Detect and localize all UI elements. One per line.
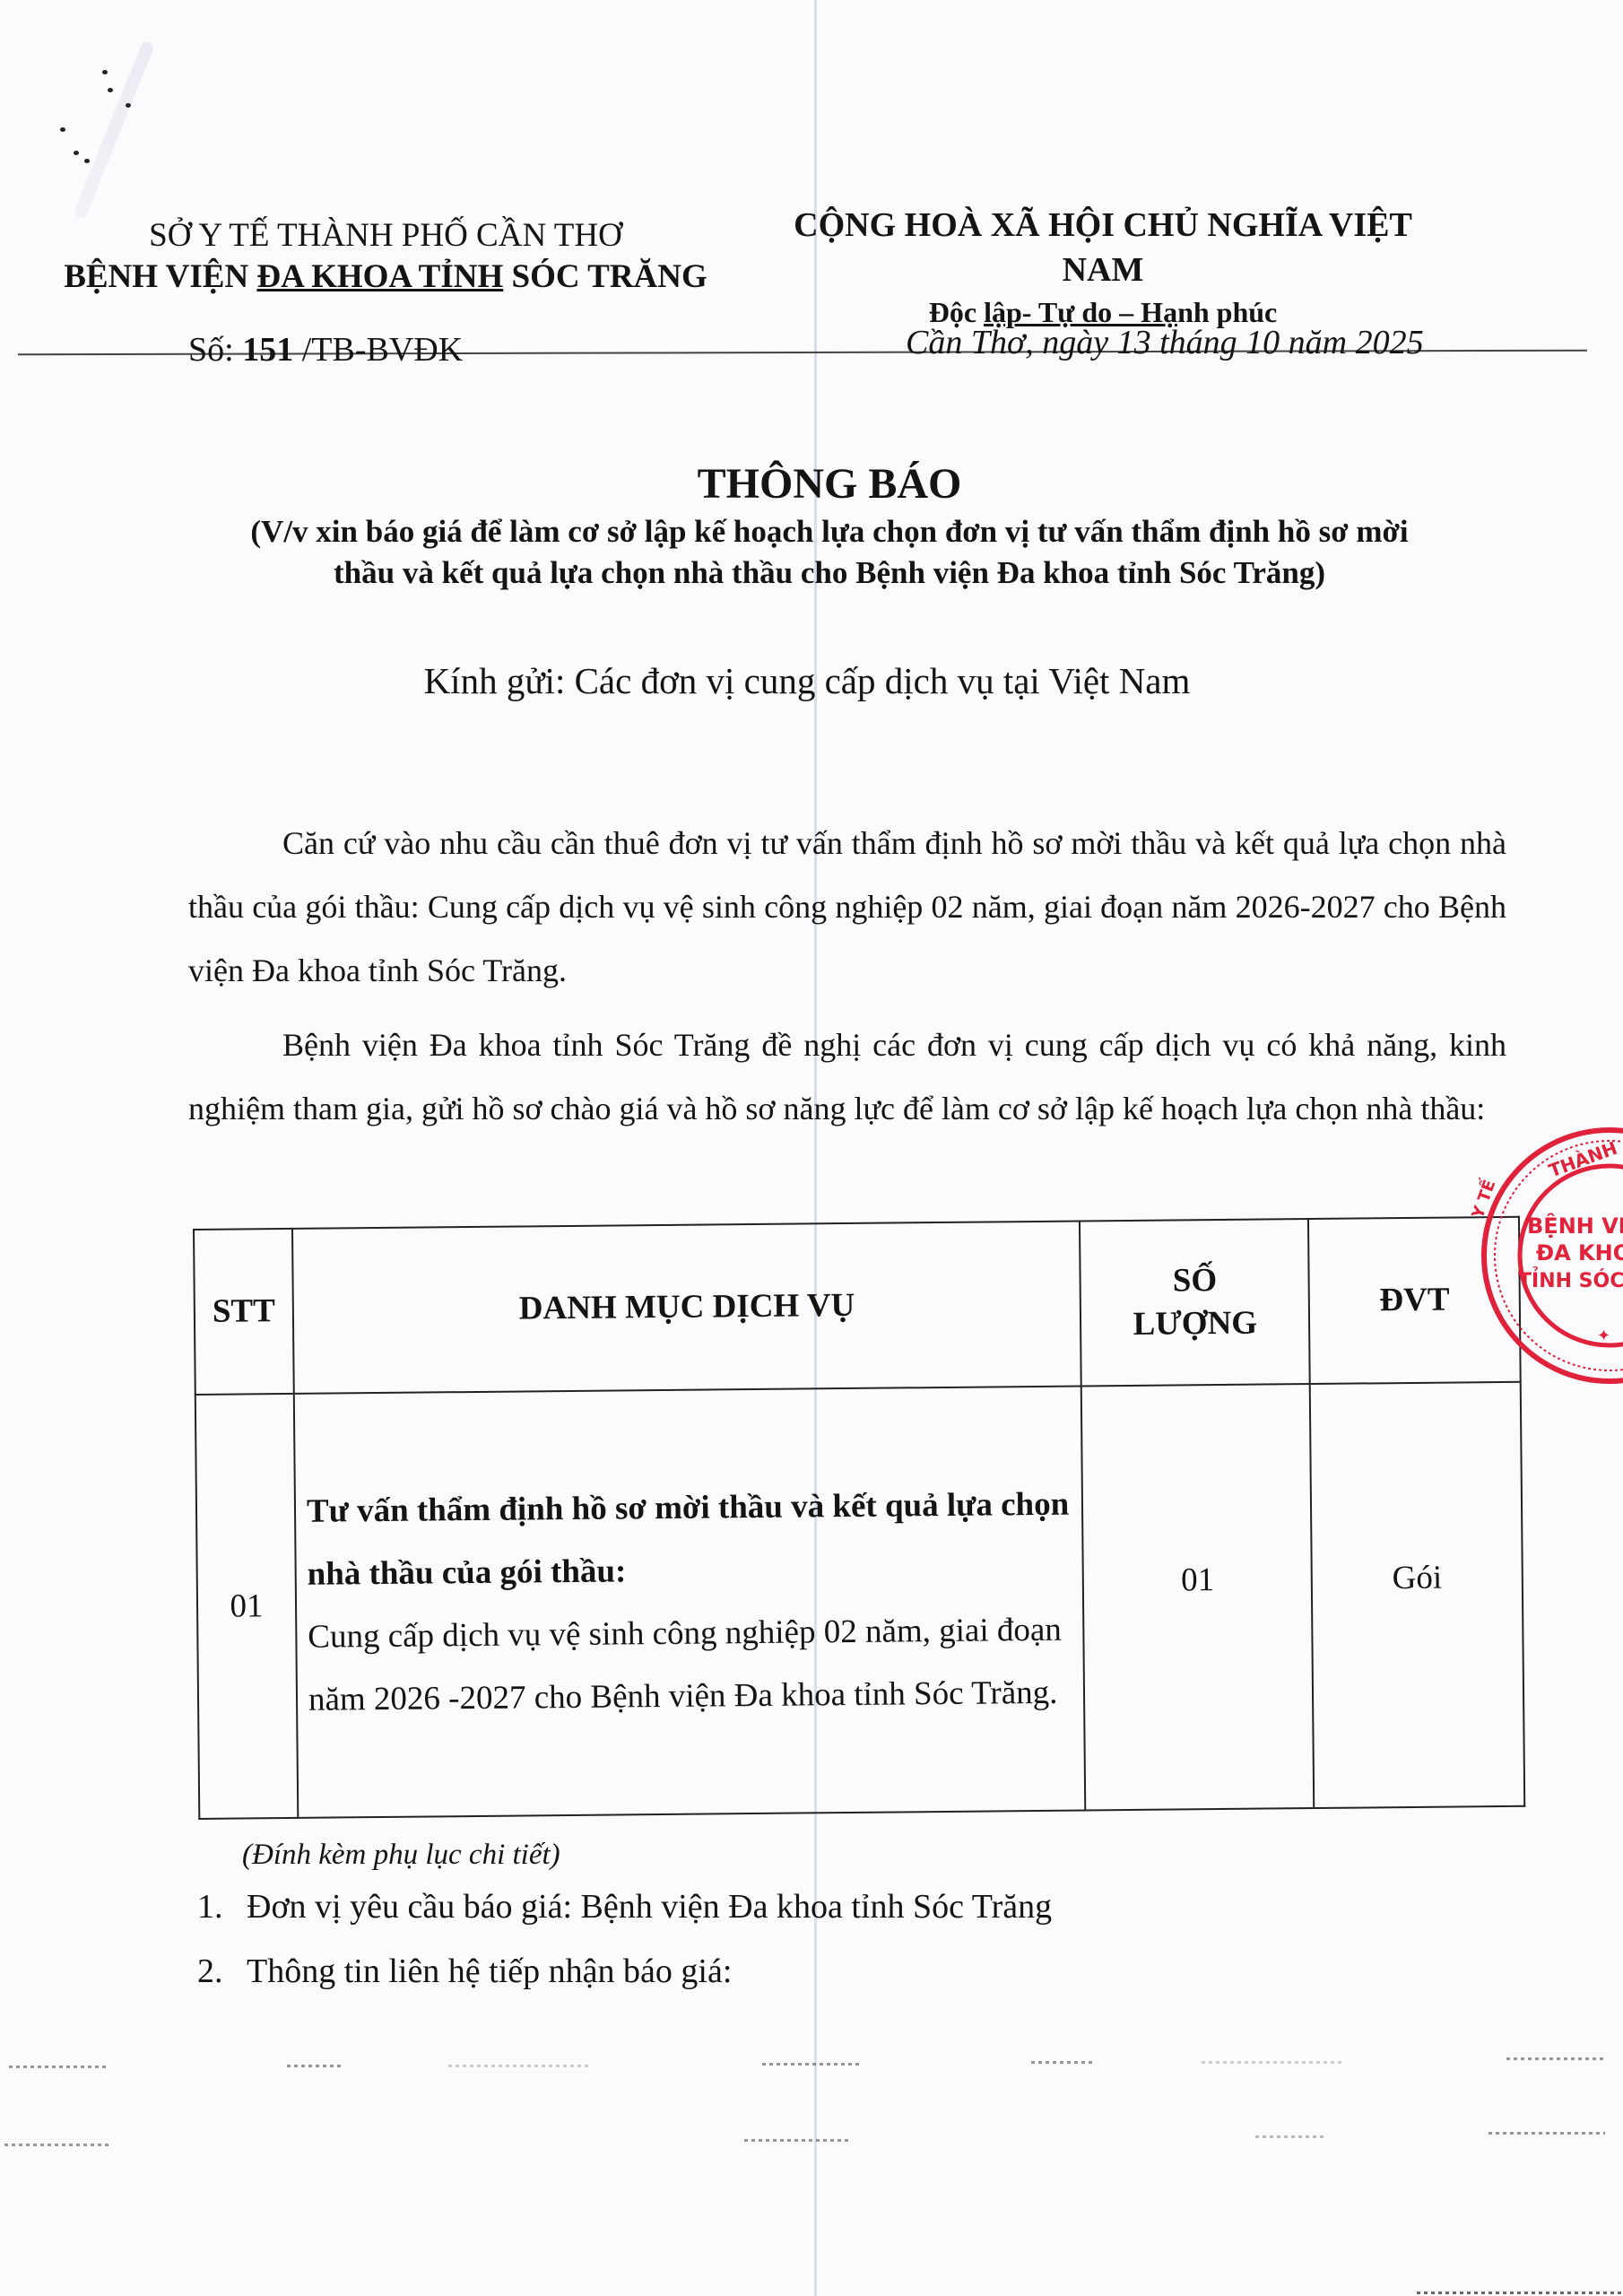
svg-text:ĐA KHO: ĐA KHO xyxy=(1536,1240,1623,1265)
document-subtitle-line1: (V/v xin báo giá để làm cơ sở lập kế hoạ… xyxy=(179,511,1480,552)
scan-smudge xyxy=(73,40,155,220)
list-item: 2.Thông tin liên hệ tiếp nhận báo giá: xyxy=(197,1939,1052,2004)
issuer-hospital: BỆNH VIỆN ĐA KHOA TỈNH SÓC TRĂNG xyxy=(54,257,717,298)
national-header: CỘNG HOÀ XÃ HỘI CHỦ NGHĨA VIỆT NAM Độc l… xyxy=(753,203,1453,332)
service-table: STT DANH MỤC DỊCH VỤ SỐ LƯỢNG ĐVT 01 Tư … xyxy=(193,1216,1525,1820)
cell-stt: 01 xyxy=(195,1394,298,1819)
issuer-header: SỞ Y TẾ THÀNH PHỐ CẦN THƠ BỆNH VIỆN ĐA K… xyxy=(54,215,717,298)
recipient-line: Kính gửi: Các đơn vị cung cấp dịch vụ tạ… xyxy=(179,659,1435,702)
table-row: 01 Tư vấn thẩm định hồ sơ mời thầu và kế… xyxy=(195,1382,1524,1819)
issuer-department: SỞ Y TẾ THÀNH PHỐ CẦN THƠ xyxy=(54,215,717,257)
paragraph-basis: Căn cứ vào nhu cầu cần thuê đơn vị tư vấ… xyxy=(188,812,1506,1003)
table-header-row: STT DANH MỤC DỊCH VỤ SỐ LƯỢNG ĐVT xyxy=(194,1217,1521,1395)
info-list: 1.Đơn vị yêu cầu báo giá: Bệnh viện Đa k… xyxy=(197,1874,1052,2004)
cell-quantity: 01 xyxy=(1081,1384,1314,1810)
svg-text:TỈNH SÓC TR: TỈNH SÓC TR xyxy=(1518,1267,1623,1292)
document-date: Cần Thơ, ngày 13 tháng 10 năm 2025 xyxy=(906,323,1424,362)
cell-service: Tư vấn thẩm định hồ sơ mời thầu và kết q… xyxy=(294,1386,1086,1817)
svg-text:BỆNH VIỆ: BỆNH VIỆ xyxy=(1527,1212,1623,1239)
header-stt: STT xyxy=(194,1229,294,1395)
document-subtitle-line2: thầu và kết quả lựa chọn nhà thầu cho Bệ… xyxy=(179,552,1480,594)
document-title: THÔNG BÁO xyxy=(179,457,1480,511)
paragraph-request: Bệnh viện Đa khoa tỉnh Sóc Trăng đề nghị… xyxy=(188,1013,1506,1141)
national-title: CỘNG HOÀ XÃ HỘI CHỦ NGHĨA VIỆT NAM xyxy=(753,203,1453,292)
official-seal-icon: THÀNH Y TẾ BỆNH VIỆ ĐA KHO TỈNH SÓC TR ✦ xyxy=(1466,1126,1623,1386)
cell-unit: Gói xyxy=(1310,1382,1524,1808)
document-title-block: THÔNG BÁO (V/v xin báo giá để làm cơ sở … xyxy=(179,457,1480,594)
svg-text:✦: ✦ xyxy=(1597,1326,1610,1345)
document-number: Số: 151 /TB-BVĐK xyxy=(188,330,463,370)
list-item: 1.Đơn vị yêu cầu báo giá: Bệnh viện Đa k… xyxy=(197,1874,1052,1939)
header-service: DANH MỤC DỊCH VỤ xyxy=(292,1222,1081,1394)
attachment-note: (Đính kèm phụ lục chi tiết) xyxy=(242,1839,560,1872)
header-quantity: SỐ LƯỢNG xyxy=(1080,1219,1310,1386)
